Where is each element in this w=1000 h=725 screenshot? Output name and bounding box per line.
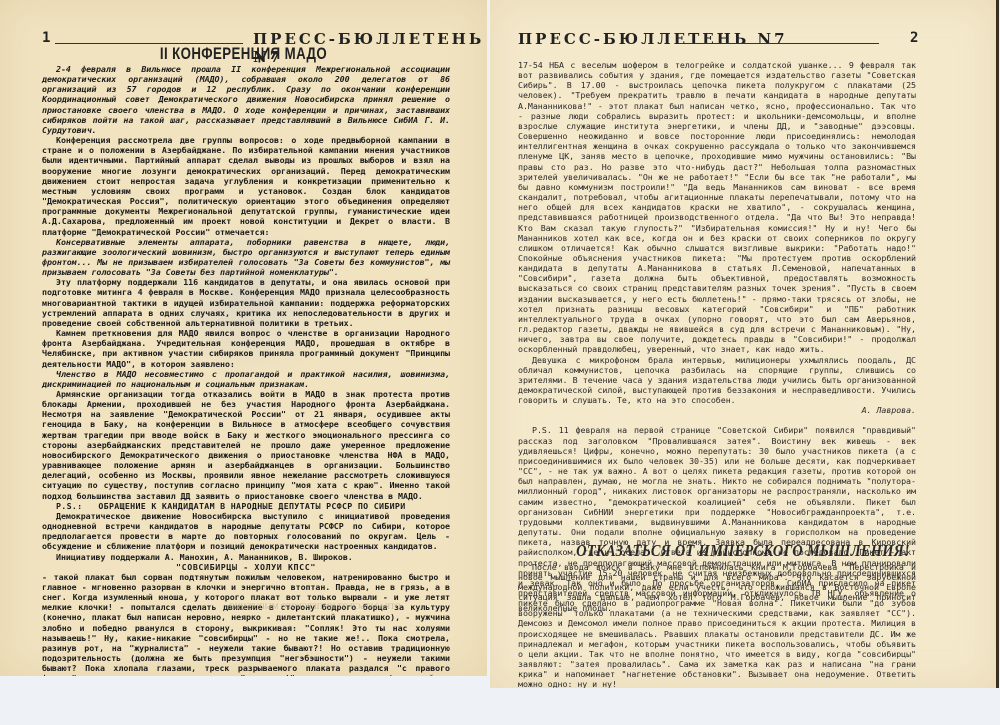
paragraph: Девушка с микрофоном брала интервью, мил… bbox=[518, 355, 916, 406]
running-head: ПРЕСС-БЮЛЛЕТЕНЬ N7 bbox=[518, 30, 788, 48]
paragraph: - такой плакат был сорван подтянутым пож… bbox=[42, 572, 450, 676]
principles-quote: Членство в МАДО несовместимо с пропаганд… bbox=[42, 369, 450, 389]
paragraph: Конференция рассмотрела две группы вопро… bbox=[42, 135, 450, 237]
section-body: После ввода войск в Баку мне вспомнилась… bbox=[518, 562, 916, 613]
left-page: 1 ПРЕСС-БЮЛЛЕТЕНЬ N7 II КОНФЕРЕНЦИЯ МАДО… bbox=[0, 0, 487, 676]
bleed-through-text: ОТКАЗАТЬСЯ ОТ ИМПЕРСКОГО МЫШЛЕНИЯ bbox=[190, 602, 440, 611]
platform-quote: Консервативные элементы аппарата, поборн… bbox=[42, 237, 450, 278]
ps-label: P.S.: bbox=[56, 501, 82, 511]
section-heading: "СОВСИБИРЦЫ - ХОЛУИ КПСС" bbox=[42, 562, 450, 572]
paragraph: После ввода войск в Баку мне вспомнилась… bbox=[518, 562, 916, 613]
paragraph: Камнем преткновения для МАДО явился вопр… bbox=[42, 328, 450, 369]
ps-support: Инициативу поддержали А. Манохин, А. Ман… bbox=[42, 552, 450, 562]
header-rule bbox=[684, 43, 879, 44]
section-heading: ОТКАЗАТЬСЯ ОТ ИМПЕРСКОГО МЫШЛЕНИЯ! bbox=[528, 541, 958, 561]
ps-text: Демократическое движение Новосибирска вы… bbox=[42, 511, 450, 552]
article-title: II КОНФЕРЕНЦИЯ МАДО bbox=[54, 44, 434, 64]
author-signature: А. Лаврова. bbox=[518, 405, 916, 415]
ps-heading-text: ОБРАЩЕНИЕ К КАНДИДАТАМ В НАРОДНЫЕ ДЕПУТА… bbox=[98, 501, 405, 511]
page-number: 2 bbox=[910, 30, 918, 46]
ps-heading: P.S.: ОБРАЩЕНИЕ К КАНДИДАТАМ В НАРОДНЫЕ … bbox=[42, 501, 450, 511]
article-intro: 2-4 февраля в Вильнюсе прошла II конфере… bbox=[42, 64, 450, 135]
paragraph: Армянские организации тогда отказались в… bbox=[42, 389, 450, 501]
paragraph: 17-54 НБА с веселым шофером в телогрейке… bbox=[518, 60, 916, 355]
paragraph: Эту платформу поддержали 116 кандидатов … bbox=[42, 277, 450, 328]
article-body: 2-4 февраля в Вильнюсе прошла II конфере… bbox=[42, 64, 450, 676]
right-page: ПРЕСС-БЮЛЛЕТЕНЬ N7 2 17-54 НБА с веселым… bbox=[490, 0, 999, 688]
page-number: 1 bbox=[42, 30, 50, 46]
